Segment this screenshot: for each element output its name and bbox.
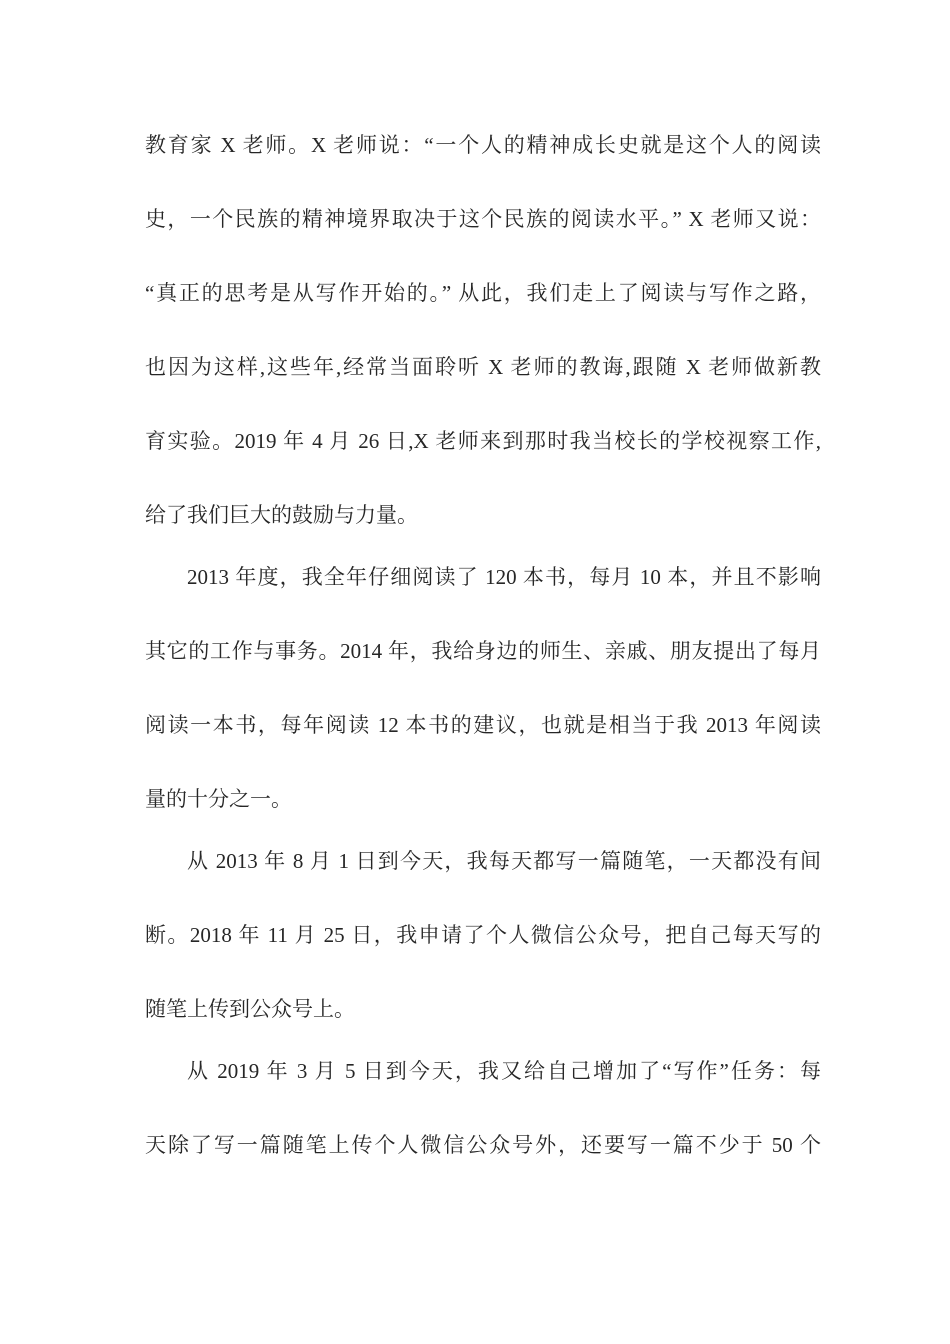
document-body-text: 教育家 X 老师。X 老师说：“一个人的精神成长史就是这个人的阅读史，一个民族的… bbox=[145, 108, 821, 1182]
text-line: 从 2019 年 3 月 5 日到今天，我又给自己增加了“写作”任务：每 bbox=[145, 1034, 821, 1108]
text-line: “真正的思考是从写作开始的。” 从此，我们走上了阅读与写作之路， bbox=[145, 256, 821, 330]
paragraph: 教育家 X 老师。X 老师说：“一个人的精神成长史就是这个人的阅读史，一个民族的… bbox=[145, 108, 821, 552]
text-line: 从 2013 年 8 月 1 日到今天，我每天都写一篇随笔，一天都没有间 bbox=[145, 824, 821, 898]
text-line: 也因为这样,这些年,经常当面聆听 X 老师的教诲,跟随 X 老师做新教 bbox=[145, 330, 821, 404]
text-line: 其它的工作与事务。2014 年，我给身边的师生、亲戚、朋友提出了每月 bbox=[145, 614, 821, 688]
document-page: 教育家 X 老师。X 老师说：“一个人的精神成长史就是这个人的阅读史，一个民族的… bbox=[0, 0, 950, 1344]
paragraph: 从 2013 年 8 月 1 日到今天，我每天都写一篇随笔，一天都没有间断。20… bbox=[145, 824, 821, 1046]
paragraph: 2013 年度，我全年仔细阅读了 120 本书，每月 10 本，并且不影响其它的… bbox=[145, 540, 821, 836]
paragraph: 从 2019 年 3 月 5 日到今天，我又给自己增加了“写作”任务：每天除了写… bbox=[145, 1034, 821, 1182]
text-line: 阅读一本书，每年阅读 12 本书的建议，也就是相当于我 2013 年阅读 bbox=[145, 688, 821, 762]
text-line: 天除了写一篇随笔上传个人微信公众号外，还要写一篇不少于 50 个 bbox=[145, 1108, 821, 1182]
text-line: 育实验。2019 年 4 月 26 日,X 老师来到那时我当校长的学校视察工作, bbox=[145, 404, 821, 478]
text-line: 教育家 X 老师。X 老师说：“一个人的精神成长史就是这个人的阅读 bbox=[145, 108, 821, 182]
text-line: 2013 年度，我全年仔细阅读了 120 本书，每月 10 本，并且不影响 bbox=[145, 540, 821, 614]
text-line: 断。2018 年 11 月 25 日，我申请了个人微信公众号，把自己每天写的 bbox=[145, 898, 821, 972]
text-line: 史，一个民族的精神境界取决于这个民族的阅读水平。” X 老师又说： bbox=[145, 182, 821, 256]
